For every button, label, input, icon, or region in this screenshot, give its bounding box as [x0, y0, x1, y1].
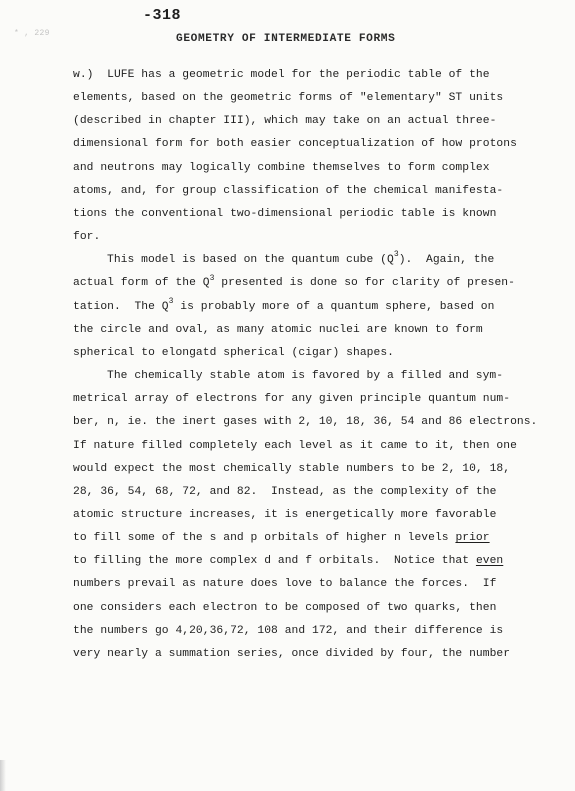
body-text: w.) LUFE has a geometric model for the p… [73, 64, 573, 666]
text-line: dimensional form for both easier concept… [73, 133, 573, 156]
text-line: ber, n, ie. the inert gases with 2, 10, … [73, 411, 573, 434]
text-line: numbers prevail as nature does love to b… [73, 573, 573, 596]
archive-stamp: * , 229 [14, 29, 50, 38]
scan-edge-shadow [0, 760, 6, 791]
text-line: would expect the most chemically stable … [73, 458, 573, 481]
text-line: to fill some of the s and p orbitals of … [73, 527, 573, 550]
text-segment: tation. The Q [73, 301, 169, 313]
text-line: elements, based on the geometric forms o… [73, 87, 573, 110]
text-line: very nearly a summation series, once div… [73, 643, 573, 666]
document-page: -318 * , 229 GEOMETRY OF INTERMEDIATE FO… [0, 0, 575, 791]
text-line: The chemically stable atom is favored by… [73, 365, 573, 388]
text-segment: is probably more of a quantum sphere, ba… [173, 301, 494, 313]
text-line: atomic structure increases, it is energe… [73, 504, 573, 527]
underlined-word: even [476, 555, 503, 567]
text-segment: actual form of the Q [73, 277, 210, 289]
text-line: the circle and oval, as many atomic nucl… [73, 319, 573, 342]
superscript: 3 [210, 274, 215, 283]
text-segment: presented is done so for clarity of pres… [214, 277, 515, 289]
text-line: (described in chapter III), which may ta… [73, 110, 573, 133]
text-line: for. [73, 226, 573, 249]
text-line: to filling the more complex d and f orbi… [73, 550, 573, 573]
text-line: one considers each electron to be compos… [73, 597, 573, 620]
text-line: If nature filled completely each level a… [73, 435, 573, 458]
page-number: -318 [143, 7, 181, 24]
section-title: GEOMETRY OF INTERMEDIATE FORMS [176, 33, 395, 45]
underlined-word: prior [455, 532, 489, 544]
text-line: and neutrons may logically combine thems… [73, 157, 573, 180]
text-line: metrical array of electrons for any give… [73, 388, 573, 411]
text-line: atoms, and, for group classification of … [73, 180, 573, 203]
text-line: This model is based on the quantum cube … [73, 249, 573, 272]
text-line: tions the conventional two-dimensional p… [73, 203, 573, 226]
text-segment: This model is based on the quantum cube … [107, 254, 394, 266]
text-segment: to filling the more complex d and f orbi… [73, 555, 476, 567]
text-line: actual form of the Q3 presented is done … [73, 272, 573, 295]
superscript: 3 [394, 250, 399, 259]
text-segment: ). Again, the [399, 254, 495, 266]
text-line: w.) LUFE has a geometric model for the p… [73, 64, 573, 87]
text-line: the numbers go 4,20,36,72, 108 and 172, … [73, 620, 573, 643]
text-line: 28, 36, 54, 68, 72, and 82. Instead, as … [73, 481, 573, 504]
superscript: 3 [169, 297, 174, 306]
text-segment: to fill some of the s and p orbitals of … [73, 532, 455, 544]
text-line: spherical to elongatd spherical (cigar) … [73, 342, 573, 365]
text-line: tation. The Q3 is probably more of a qua… [73, 296, 573, 319]
